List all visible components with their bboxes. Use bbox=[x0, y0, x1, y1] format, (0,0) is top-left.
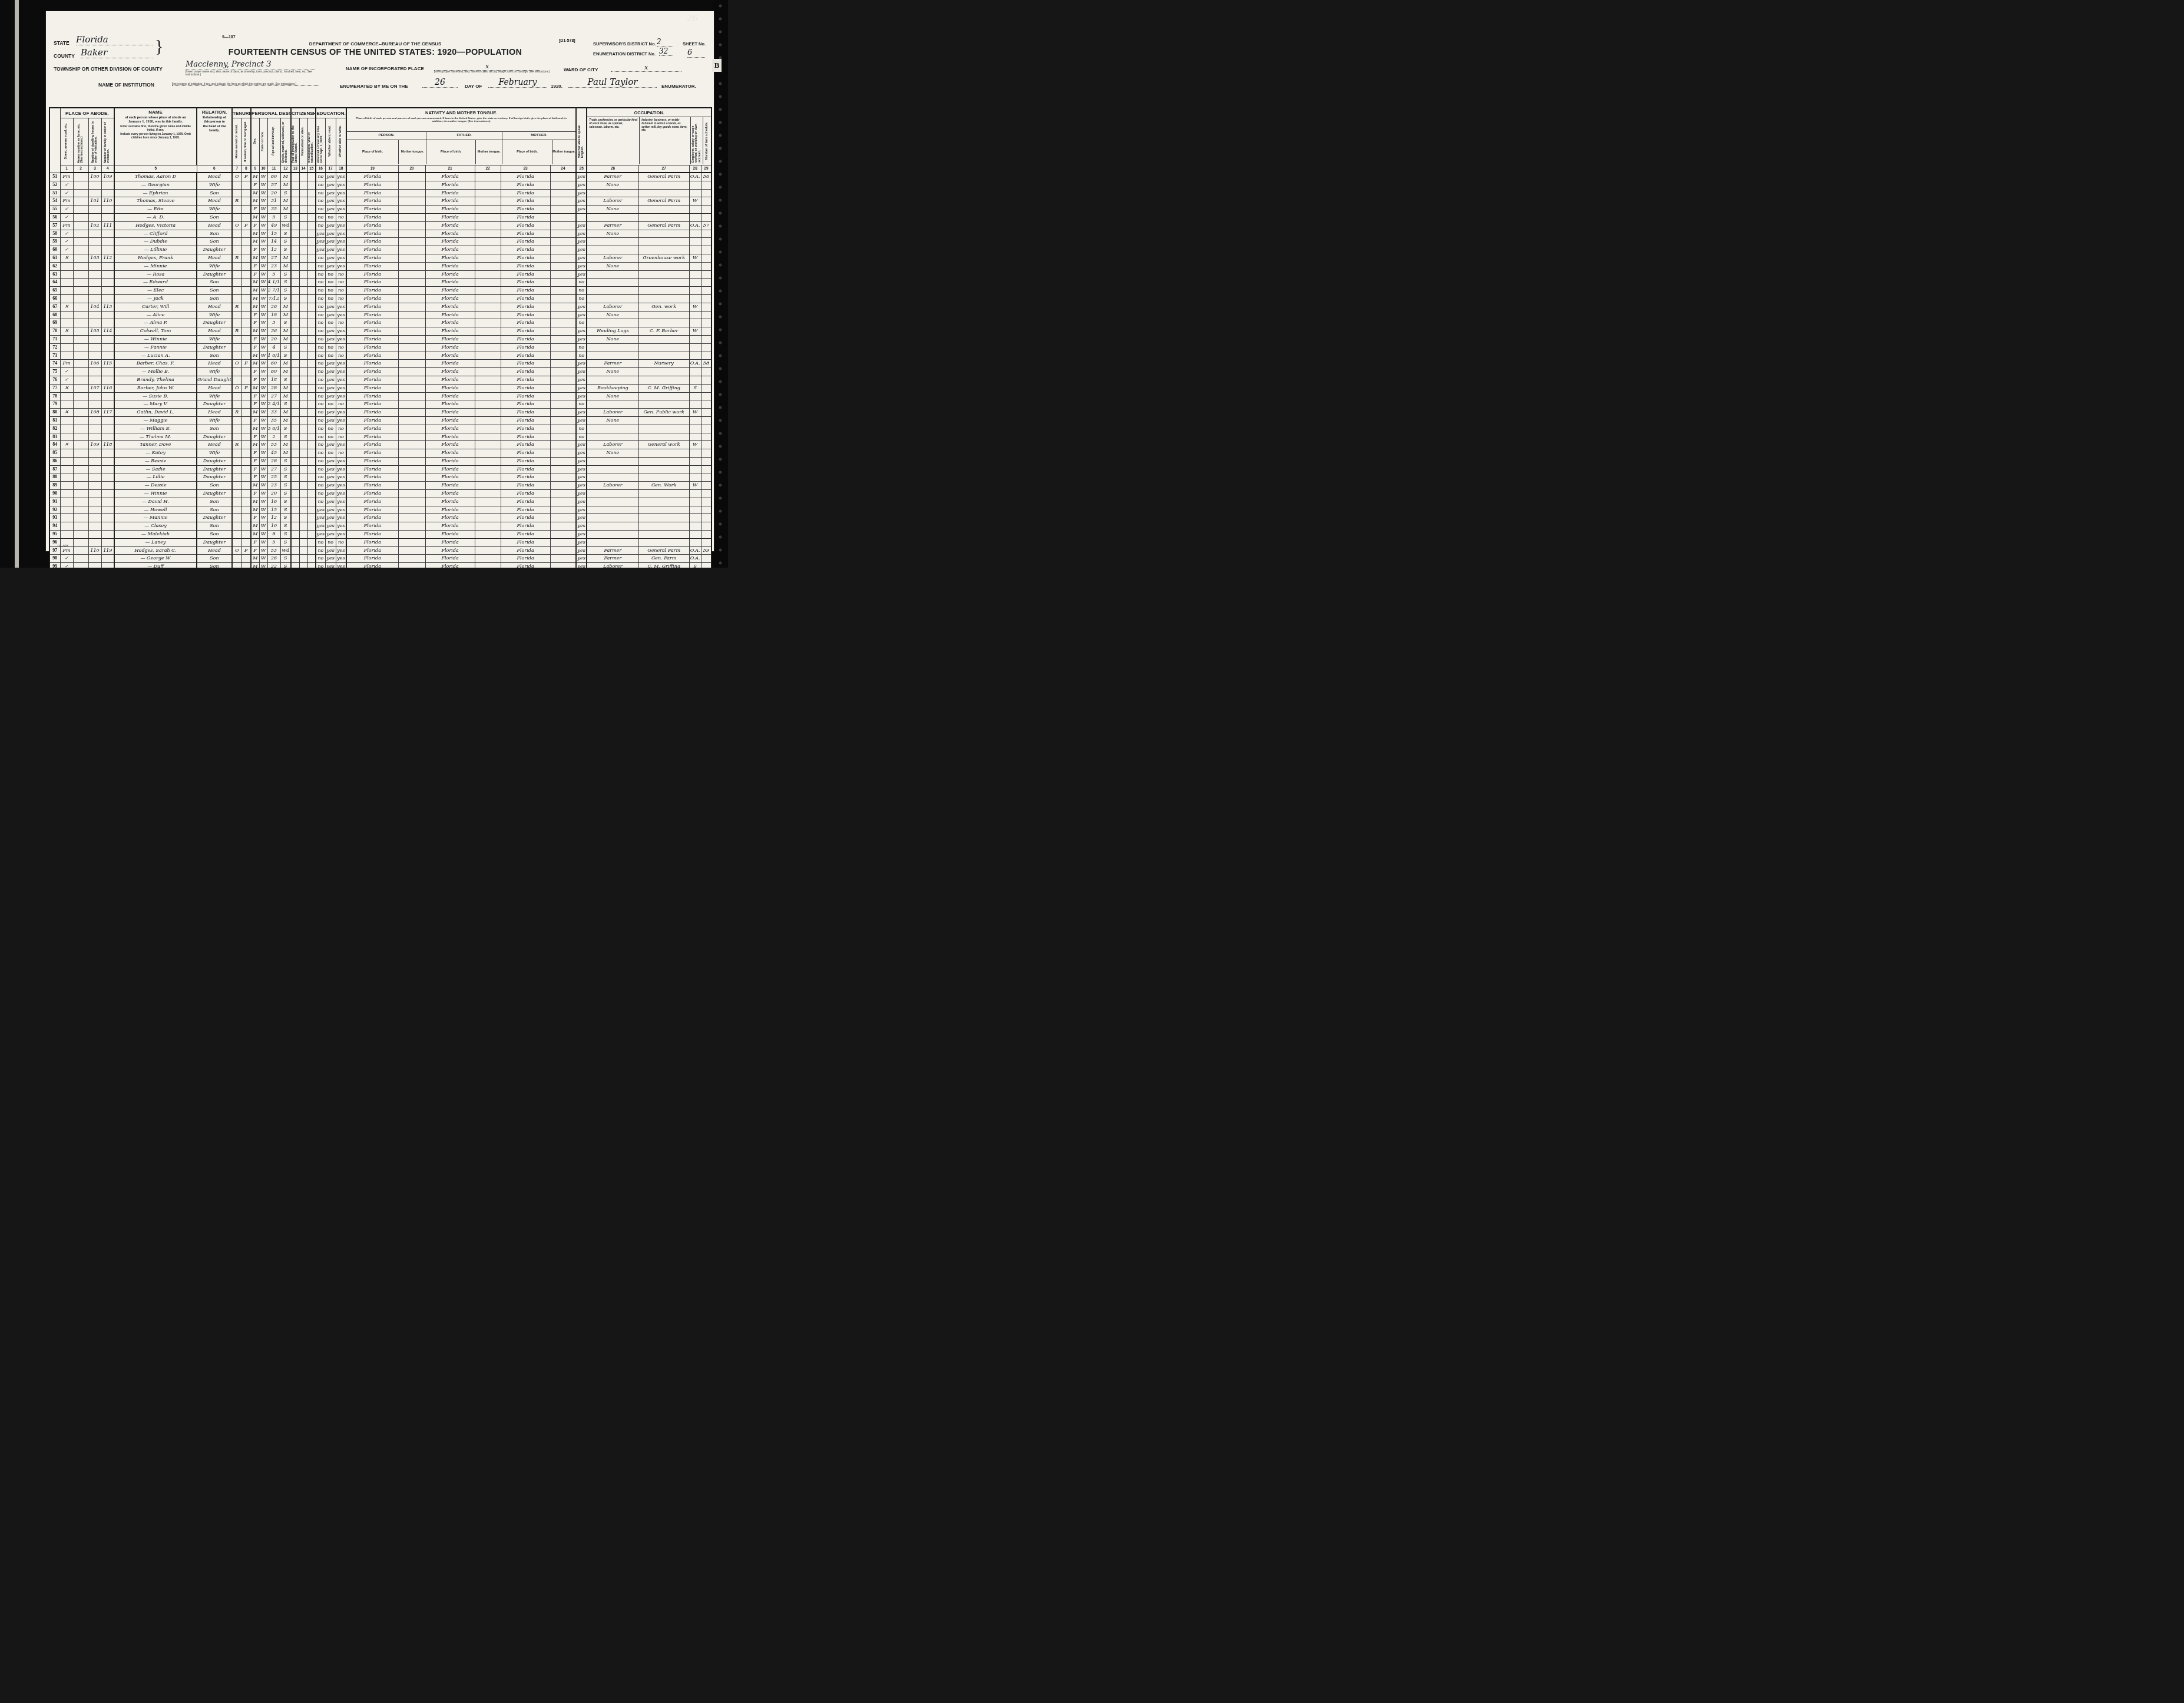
cell-age: 28 bbox=[267, 457, 280, 465]
cell-able-to-write: no bbox=[336, 279, 346, 287]
col-immigration-header: Year of immigration to the United States… bbox=[291, 118, 299, 165]
cell-mother-birthplace: Florida bbox=[501, 303, 550, 311]
cell-marital-status: M bbox=[280, 409, 291, 417]
line-number: 62 bbox=[49, 262, 60, 270]
cell-naturalization-year bbox=[307, 416, 316, 425]
cell-able-to-read: yes bbox=[325, 303, 336, 311]
cell-marital-status: S bbox=[280, 238, 291, 246]
cell-farm-schedule bbox=[701, 531, 712, 539]
column-numbers-row: 1234567891011121314151617181920212223242… bbox=[49, 165, 712, 173]
cell-birthplace: Florida bbox=[346, 465, 398, 473]
cell-father-mother-tongue bbox=[475, 294, 501, 303]
cell-street-mark: ✓ bbox=[60, 206, 73, 214]
department-line: DEPARTMENT OF COMMERCE--BUREAU OF THE CE… bbox=[240, 41, 511, 47]
cell-relation: Head bbox=[197, 409, 232, 417]
cell-color-race: W bbox=[259, 376, 267, 384]
cell-relation: Head bbox=[197, 546, 232, 555]
cell-mother-mother-tongue bbox=[550, 311, 576, 319]
cell-relation: Son bbox=[197, 506, 232, 514]
cell-employment-class bbox=[689, 449, 701, 458]
cell-father-mother-tongue bbox=[475, 206, 501, 214]
cell-family-number bbox=[101, 392, 114, 400]
cell-free-mortgaged bbox=[241, 457, 251, 465]
cell-father-birthplace: Florida bbox=[425, 181, 475, 189]
film-edge-sliver bbox=[15, 0, 19, 568]
cell-birthplace: Florida bbox=[346, 197, 398, 206]
cell-attended-school: no bbox=[316, 319, 325, 327]
cell-able-to-write: no bbox=[336, 400, 346, 409]
cell-relation: Head bbox=[197, 303, 232, 311]
cell-relation: Wife bbox=[197, 206, 232, 214]
cell-father-mother-tongue bbox=[475, 262, 501, 270]
column-number: 25 bbox=[576, 165, 587, 173]
cell-name: Gatlin, David L. bbox=[114, 409, 197, 417]
cell-marital-status: Wd bbox=[280, 221, 291, 230]
cell-industry bbox=[638, 473, 689, 482]
cell-mother-tongue bbox=[398, 522, 425, 531]
enumeration-value: 32 bbox=[659, 47, 673, 56]
cell-house-number bbox=[73, 506, 88, 514]
cell-mother-birthplace: Florida bbox=[501, 400, 550, 409]
cell-employment-class bbox=[689, 498, 701, 506]
cell-industry bbox=[638, 335, 689, 343]
cell-marital-status: S bbox=[280, 279, 291, 287]
cell-relation: Son bbox=[197, 287, 232, 295]
cell-able-to-read: yes bbox=[325, 531, 336, 539]
cell-age: 60 bbox=[267, 360, 280, 368]
cell-immigration-year bbox=[291, 514, 299, 522]
cell-sex: F bbox=[251, 538, 259, 546]
cell-immigration-year bbox=[291, 206, 299, 214]
cell-able-to-read: yes bbox=[325, 368, 336, 376]
cell-street-mark: Fm bbox=[60, 197, 73, 206]
cell-father-birthplace: Florida bbox=[425, 392, 475, 400]
cell-farm-schedule bbox=[701, 189, 712, 197]
cell-trade: Farmer bbox=[587, 546, 638, 555]
cell-mother-birthplace: Florida bbox=[501, 416, 550, 425]
township-label: TOWNSHIP OR OTHER DIVISION OF COUNTY bbox=[54, 66, 163, 72]
cell-relation: Head bbox=[197, 360, 232, 368]
cell-employment-class: W bbox=[689, 197, 701, 206]
cell-birthplace: Florida bbox=[346, 473, 398, 482]
line-number: 61 bbox=[49, 254, 60, 262]
cell-family-number: 119 bbox=[101, 546, 114, 555]
cell-dwelling-number bbox=[88, 287, 101, 295]
cell-father-birthplace: Florida bbox=[425, 546, 475, 555]
cell-father-birthplace: Florida bbox=[425, 490, 475, 498]
cell-relation: Daughter bbox=[197, 400, 232, 409]
cell-naturalized bbox=[299, 384, 307, 392]
cell-mother-birthplace: Florida bbox=[501, 327, 550, 336]
cell-marital-status: M bbox=[280, 416, 291, 425]
cell-father-birthplace: Florida bbox=[425, 522, 475, 531]
cell-immigration-year bbox=[291, 538, 299, 546]
line-number: 99 bbox=[49, 563, 60, 568]
cell-color-race: W bbox=[259, 327, 267, 336]
cell-naturalization-year bbox=[307, 287, 316, 295]
cell-color-race: W bbox=[259, 343, 267, 352]
cell-farm-schedule bbox=[701, 206, 712, 214]
cell-able-to-write: yes bbox=[336, 311, 346, 319]
cell-able-to-write: no bbox=[336, 433, 346, 441]
table-row: 62— MinnieWifeFW23MnoyesyesFloridaFlorid… bbox=[49, 262, 712, 270]
cell-speaks-english: no bbox=[576, 425, 587, 433]
table-row: 66— JackSonMW7/12SnononoFloridaFloridaFl… bbox=[49, 294, 712, 303]
cell-naturalization-year bbox=[307, 270, 316, 279]
cell-dwelling-number bbox=[88, 238, 101, 246]
cell-house-number bbox=[73, 254, 88, 262]
table-row: 58✓— CliffordSonMW15SyesyesyesFloridaFlo… bbox=[49, 230, 712, 238]
cell-speaks-english: yes bbox=[576, 563, 587, 568]
cell-able-to-write: no bbox=[336, 449, 346, 458]
cell-mother-birthplace: Florida bbox=[501, 238, 550, 246]
cell-father-birthplace: Florida bbox=[425, 352, 475, 360]
cell-immigration-year bbox=[291, 327, 299, 336]
cell-trade bbox=[587, 319, 638, 327]
cell-farm-schedule bbox=[701, 538, 712, 546]
cell-able-to-read: yes bbox=[325, 490, 336, 498]
cell-industry: Gen. work bbox=[638, 303, 689, 311]
cell-house-number bbox=[73, 319, 88, 327]
cell-name: — Mary V. bbox=[114, 400, 197, 409]
table-row: 76✓Brandy, ThelmaGrand DaughterFW18Snoye… bbox=[49, 376, 712, 384]
cell-free-mortgaged bbox=[241, 425, 251, 433]
cell-trade: None bbox=[587, 416, 638, 425]
cell-home-owned: O bbox=[232, 173, 241, 181]
cell-sex: M bbox=[251, 531, 259, 539]
cell-industry: General Farm bbox=[638, 546, 689, 555]
line-number: 56 bbox=[49, 213, 60, 221]
cell-father-birthplace: Florida bbox=[425, 270, 475, 279]
cell-immigration-year bbox=[291, 270, 299, 279]
cell-house-number bbox=[73, 433, 88, 441]
cell-home-owned bbox=[232, 465, 241, 473]
cell-able-to-read: yes bbox=[325, 441, 336, 449]
cell-marital-status: M bbox=[280, 254, 291, 262]
cell-speaks-english: yes bbox=[576, 335, 587, 343]
cell-naturalized bbox=[299, 465, 307, 473]
cell-immigration-year bbox=[291, 181, 299, 189]
cell-speaks-english: yes bbox=[576, 262, 587, 270]
cell-house-number bbox=[73, 473, 88, 482]
cell-mother-tongue bbox=[398, 254, 425, 262]
cell-free-mortgaged bbox=[241, 343, 251, 352]
cell-relation: Son bbox=[197, 279, 232, 287]
cell-free-mortgaged bbox=[241, 449, 251, 458]
line-number: 64 bbox=[49, 279, 60, 287]
cell-naturalized bbox=[299, 294, 307, 303]
cell-birthplace: Florida bbox=[346, 522, 398, 531]
cell-farm-schedule bbox=[701, 254, 712, 262]
cell-speaks-english: yes bbox=[576, 270, 587, 279]
cell-mother-birthplace: Florida bbox=[501, 294, 550, 303]
cell-farm-schedule bbox=[701, 238, 712, 246]
cell-employment-class: W bbox=[689, 254, 701, 262]
cell-trade bbox=[587, 522, 638, 531]
cell-street-mark: ✓ bbox=[60, 563, 73, 568]
cell-marital-status: S bbox=[280, 270, 291, 279]
cell-marital-status: M bbox=[280, 360, 291, 368]
cell-naturalization-year bbox=[307, 206, 316, 214]
cell-industry bbox=[638, 343, 689, 352]
cell-sex: M bbox=[251, 384, 259, 392]
cell-father-mother-tongue bbox=[475, 425, 501, 433]
cell-mother-mother-tongue bbox=[550, 441, 576, 449]
table-row: 90— WinnieDaughterFW20SnoyesyesFloridaFl… bbox=[49, 490, 712, 498]
cell-family-number bbox=[101, 457, 114, 465]
cell-able-to-read: yes bbox=[325, 506, 336, 514]
census-rows-body: 51Fm100109Thomas, Aaron DHeadOFMW60Mnoye… bbox=[49, 173, 712, 568]
cell-relation: Wife bbox=[197, 368, 232, 376]
enumerator-name: Paul Taylor bbox=[568, 77, 657, 88]
cell-birthplace: Florida bbox=[346, 246, 398, 254]
cell-sex: F bbox=[251, 514, 259, 522]
cell-family-number bbox=[101, 425, 114, 433]
cell-home-owned: R bbox=[232, 441, 241, 449]
cell-home-owned bbox=[232, 514, 241, 522]
cell-mother-tongue bbox=[398, 246, 425, 254]
cell-attended-school: yes bbox=[316, 238, 325, 246]
table-row: 91— David H.SonMW16SnoyesyesFloridaFlori… bbox=[49, 498, 712, 506]
cell-employment-class bbox=[689, 522, 701, 531]
cell-name: — Alma P. bbox=[114, 319, 197, 327]
cell-attended-school: no bbox=[316, 433, 325, 441]
cell-mother-birthplace: Florida bbox=[501, 498, 550, 506]
cell-street-mark: Fm bbox=[60, 360, 73, 368]
cell-naturalized bbox=[299, 311, 307, 319]
cell-father-birthplace: Florida bbox=[425, 303, 475, 311]
table-row: 78— Susie B.WifeFW27MnoyesyesFloridaFlor… bbox=[49, 392, 712, 400]
cell-father-mother-tongue bbox=[475, 254, 501, 262]
cell-street-mark bbox=[60, 262, 73, 270]
cell-family-number bbox=[101, 238, 114, 246]
cell-mother-mother-tongue bbox=[550, 221, 576, 230]
cell-able-to-write: yes bbox=[336, 246, 346, 254]
cell-naturalization-year bbox=[307, 433, 316, 441]
cell-naturalization-year bbox=[307, 360, 316, 368]
cell-able-to-write: yes bbox=[336, 490, 346, 498]
cell-mother-mother-tongue bbox=[550, 409, 576, 417]
cell-father-birthplace: Florida bbox=[425, 246, 475, 254]
cell-age: 3 bbox=[267, 319, 280, 327]
cell-naturalization-year bbox=[307, 221, 316, 230]
cell-able-to-read: yes bbox=[325, 360, 336, 368]
cell-naturalization-year bbox=[307, 514, 316, 522]
page-title: FOURTEENTH CENSUS OF THE UNITED STATES: … bbox=[204, 48, 546, 57]
cell-house-number bbox=[73, 482, 88, 490]
cell-street-mark bbox=[60, 490, 73, 498]
cell-industry bbox=[638, 490, 689, 498]
cell-free-mortgaged bbox=[241, 409, 251, 417]
cell-age: 23 bbox=[267, 482, 280, 490]
cell-dwelling-number: 102 bbox=[88, 221, 101, 230]
cell-mother-tongue bbox=[398, 400, 425, 409]
cell-farm-schedule bbox=[701, 230, 712, 238]
cell-name: Barber, Chas. F. bbox=[114, 360, 197, 368]
cell-home-owned: O bbox=[232, 384, 241, 392]
cell-speaks-english: yes bbox=[576, 230, 587, 238]
cell-house-number bbox=[73, 392, 88, 400]
cell-father-birthplace: Florida bbox=[425, 563, 475, 568]
cell-able-to-write: yes bbox=[336, 262, 346, 270]
cell-color-race: W bbox=[259, 352, 267, 360]
cell-naturalization-year bbox=[307, 400, 316, 409]
cell-industry bbox=[638, 416, 689, 425]
cell-free-mortgaged bbox=[241, 335, 251, 343]
cell-mother-mother-tongue bbox=[550, 473, 576, 482]
cell-color-race: W bbox=[259, 416, 267, 425]
cell-able-to-write: yes bbox=[336, 482, 346, 490]
table-row: 84✕109118Tanner, DoveHeadRMW53MnoyesyesF… bbox=[49, 441, 712, 449]
cell-street-mark bbox=[60, 425, 73, 433]
cell-farm-schedule bbox=[701, 392, 712, 400]
cell-free-mortgaged bbox=[241, 294, 251, 303]
cell-attended-school: no bbox=[316, 449, 325, 458]
table-row: 54Fm101110Thomas, SteaveHeadRMW31Mnoyesy… bbox=[49, 197, 712, 206]
cell-marital-status: S bbox=[280, 457, 291, 465]
cell-relation: Son bbox=[197, 294, 232, 303]
cell-able-to-read: no bbox=[325, 294, 336, 303]
cell-able-to-read: yes bbox=[325, 546, 336, 555]
cell-age: 33 bbox=[267, 409, 280, 417]
cell-attended-school: no bbox=[316, 197, 325, 206]
cell-house-number bbox=[73, 206, 88, 214]
cell-name: — Malekiah bbox=[114, 531, 197, 539]
cell-employment-class bbox=[689, 368, 701, 376]
cell-mother-mother-tongue bbox=[550, 376, 576, 384]
cell-color-race: W bbox=[259, 206, 267, 214]
cell-name: — Etta bbox=[114, 206, 197, 214]
cell-house-number bbox=[73, 279, 88, 287]
cell-home-owned bbox=[232, 482, 241, 490]
cell-free-mortgaged bbox=[241, 368, 251, 376]
cell-mother-birthplace: Florida bbox=[501, 522, 550, 531]
cell-father-mother-tongue bbox=[475, 384, 501, 392]
cell-naturalization-year bbox=[307, 498, 316, 506]
cell-father-birthplace: Florida bbox=[425, 409, 475, 417]
cell-birthplace: Florida bbox=[346, 319, 398, 327]
table-row: 63— RosaDaughterFW5SnononoFloridaFlorida… bbox=[49, 270, 712, 279]
cell-attended-school: no bbox=[316, 392, 325, 400]
cell-house-number bbox=[73, 173, 88, 181]
cell-able-to-write: yes bbox=[336, 531, 346, 539]
cell-color-race: W bbox=[259, 563, 267, 568]
cell-father-birthplace: Florida bbox=[425, 465, 475, 473]
cell-sex: M bbox=[251, 482, 259, 490]
cell-mother-tongue bbox=[398, 506, 425, 514]
cell-able-to-read: yes bbox=[325, 230, 336, 238]
cell-color-race: W bbox=[259, 294, 267, 303]
cell-immigration-year bbox=[291, 441, 299, 449]
cell-dwelling-number: 105 bbox=[88, 327, 101, 336]
cell-industry bbox=[638, 457, 689, 465]
cell-employment-class: W bbox=[689, 482, 701, 490]
cell-trade: None bbox=[587, 230, 638, 238]
cell-birthplace: Florida bbox=[346, 514, 398, 522]
cell-trade bbox=[587, 287, 638, 295]
cell-employment-class bbox=[689, 311, 701, 319]
cell-mother-mother-tongue bbox=[550, 335, 576, 343]
cell-mother-birthplace: Florida bbox=[501, 173, 550, 181]
cell-house-number bbox=[73, 303, 88, 311]
cell-immigration-year bbox=[291, 376, 299, 384]
cell-father-birthplace: Florida bbox=[425, 482, 475, 490]
person-header: PERSON. bbox=[347, 132, 426, 140]
cell-able-to-write: no bbox=[336, 538, 346, 546]
cell-marital-status: M bbox=[280, 262, 291, 270]
cell-able-to-read: yes bbox=[325, 189, 336, 197]
cell-birthplace: Florida bbox=[346, 230, 398, 238]
cell-mother-tongue bbox=[398, 531, 425, 539]
cell-name: Colwell, Tom bbox=[114, 327, 197, 336]
cell-naturalization-year bbox=[307, 425, 316, 433]
cell-free-mortgaged bbox=[241, 498, 251, 506]
cell-immigration-year bbox=[291, 531, 299, 539]
cell-immigration-year bbox=[291, 335, 299, 343]
cell-trade bbox=[587, 213, 638, 221]
cell-industry bbox=[638, 514, 689, 522]
cell-father-birthplace: Florida bbox=[425, 197, 475, 206]
cell-farm-schedule bbox=[701, 457, 712, 465]
cell-naturalized bbox=[299, 181, 307, 189]
cell-relation: Daughter bbox=[197, 490, 232, 498]
cell-house-number bbox=[73, 311, 88, 319]
cell-mother-tongue bbox=[398, 538, 425, 546]
cell-mother-tongue bbox=[398, 221, 425, 230]
cell-mother-mother-tongue bbox=[550, 522, 576, 531]
cell-marital-status: M bbox=[280, 311, 291, 319]
cell-employment-class bbox=[689, 335, 701, 343]
cell-immigration-year bbox=[291, 425, 299, 433]
cell-house-number bbox=[73, 416, 88, 425]
cell-trade bbox=[587, 498, 638, 506]
cell-mother-mother-tongue bbox=[550, 343, 576, 352]
cell-able-to-write: no bbox=[336, 287, 346, 295]
cell-speaks-english: yes bbox=[576, 376, 587, 384]
person-pob-header: Place of birth. bbox=[347, 140, 399, 164]
cell-age: 35 bbox=[267, 416, 280, 425]
cell-farm-schedule bbox=[701, 506, 712, 514]
cell-father-birthplace: Florida bbox=[425, 531, 475, 539]
cell-attended-school: no bbox=[316, 482, 325, 490]
cell-street-mark bbox=[60, 287, 73, 295]
table-row: 88— LillieDaughterFW25SnoyesyesFloridaFl… bbox=[49, 473, 712, 482]
cell-marital-status: S bbox=[280, 473, 291, 482]
cell-farm-schedule bbox=[701, 433, 712, 441]
cell-industry bbox=[638, 522, 689, 531]
cell-trade: Laborer bbox=[587, 441, 638, 449]
cell-able-to-write: yes bbox=[336, 441, 346, 449]
cell-age: 25 bbox=[267, 473, 280, 482]
cell-house-number bbox=[73, 490, 88, 498]
cell-naturalization-year bbox=[307, 555, 316, 563]
cell-mother-tongue bbox=[398, 384, 425, 392]
cell-able-to-read: yes bbox=[325, 376, 336, 384]
cell-naturalized bbox=[299, 368, 307, 376]
cell-attended-school: no bbox=[316, 221, 325, 230]
cell-home-owned bbox=[232, 262, 241, 270]
cell-father-birthplace: Florida bbox=[425, 287, 475, 295]
cell-street-mark: Fm bbox=[60, 173, 73, 181]
cell-birthplace: Florida bbox=[346, 238, 398, 246]
cell-naturalized bbox=[299, 206, 307, 214]
cell-mother-birthplace: Florida bbox=[501, 425, 550, 433]
col-farm-schedule-header: Number of farm schedule. bbox=[703, 117, 711, 164]
cell-sex: F bbox=[251, 311, 259, 319]
cell-marital-status: M bbox=[280, 303, 291, 311]
cell-employment-class bbox=[689, 246, 701, 254]
cell-employment-class: O.A. bbox=[689, 221, 701, 230]
